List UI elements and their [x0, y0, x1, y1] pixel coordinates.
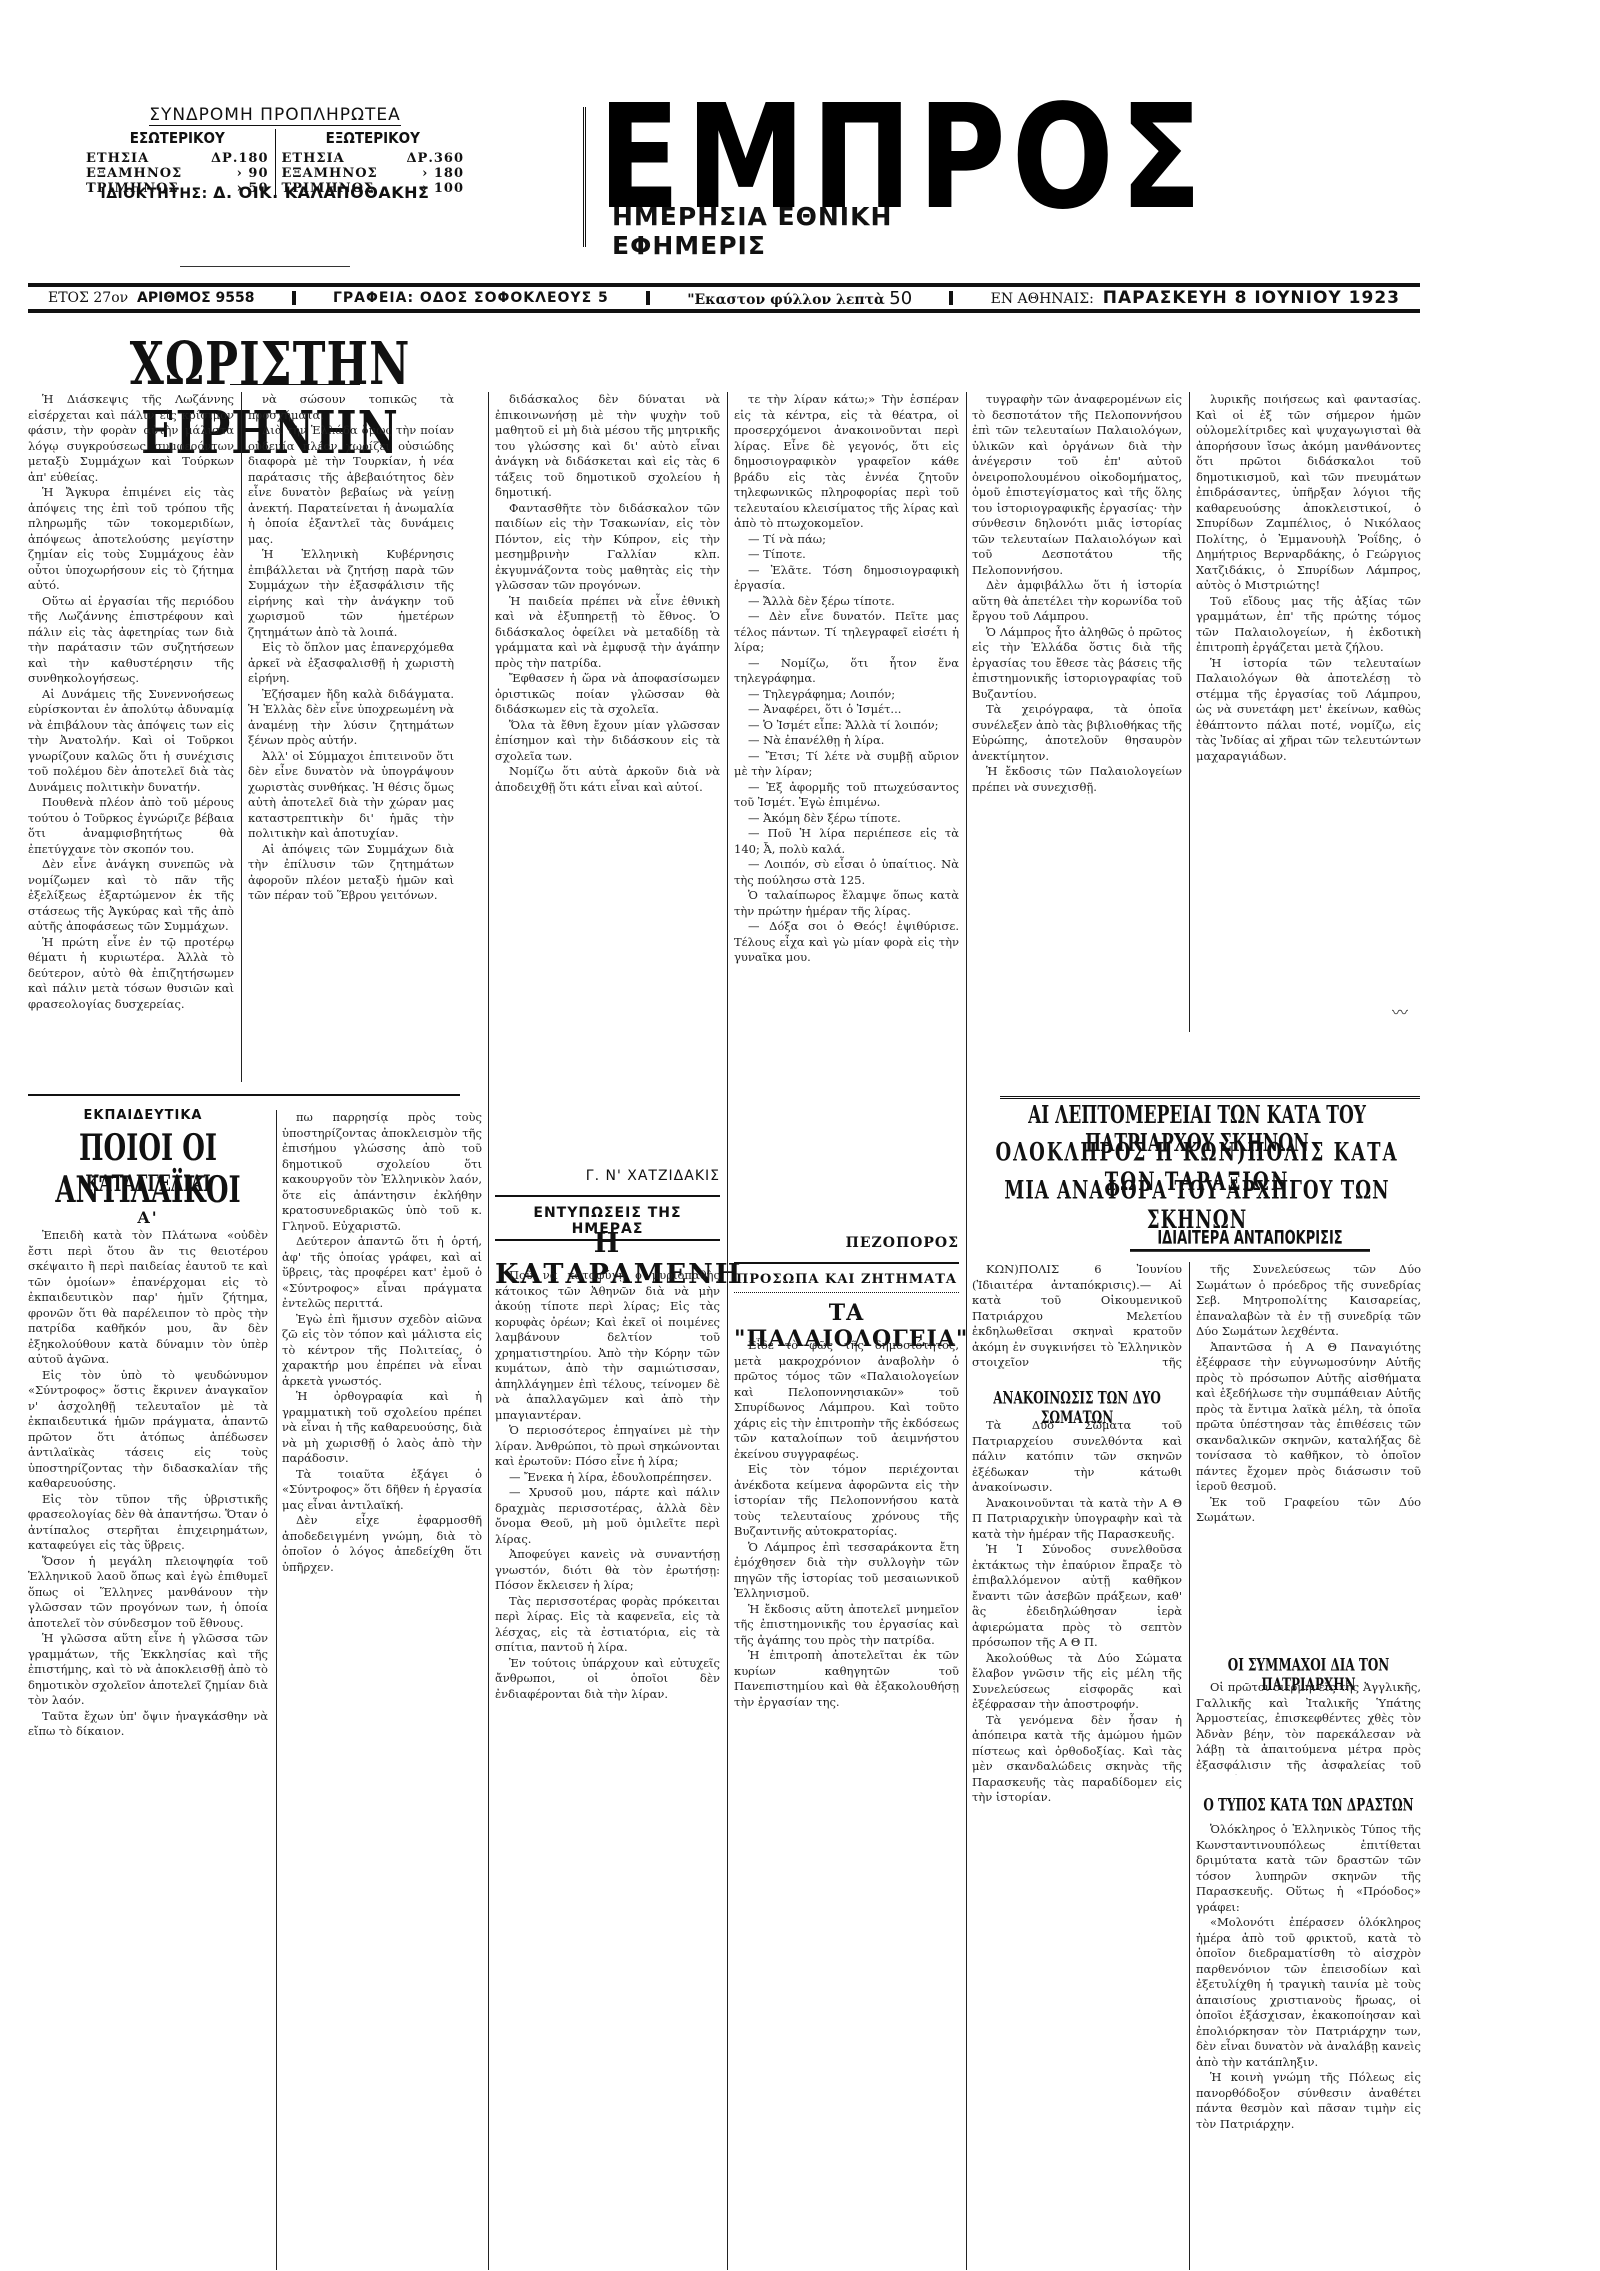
paragraph: — Ἀναφέρει, ὅτι ὁ Ἰσμέτ... — [734, 702, 959, 718]
patriarch-subhead: ΙΔΙΑΙΤΕΡΑ ΑΝΤΑΠΟΚΡΙΣΙΣ — [1130, 1228, 1370, 1252]
offices-address: ΓΡΑΦΕΙΑ: ΟΔΟΣ ΣΟΦΟΚΛΕΟΥΣ 5 — [333, 290, 609, 306]
paragraph: Ἀκολούθως τὰ Δύο Σώματα ἔλαβον γνῶσιν τῆ… — [972, 1651, 1182, 1713]
paragraph: Ἡ παιδεία πρέπει νὰ εἶνε ἐθνικὴ καὶ νὰ ἐ… — [495, 594, 720, 672]
paragraph: Ἡ ἔκδοσις τῶν Παλαιολογείων πρέπει νὰ συ… — [972, 764, 1182, 795]
cursed-column: Ποῦ νὰ καταφύγῃ ὁ μυριοπαθὴς κάτοικος τῶ… — [495, 1268, 720, 2268]
paragraph: λυρικῆς ποιήσεως καὶ φαντασίας. Καὶ οἱ ἐ… — [1196, 392, 1421, 594]
end-ornament: 〰 — [1380, 1000, 1420, 1023]
patriarch-headline-3: ΜΙΑ ΑΝΑΦΟΡΑ ΤΟΥ ΑΡΧΗΓΟΥ ΤΩΝ ΣΚΗΝΩΝ — [972, 1176, 1422, 1235]
paragraph: Ἡ ὀρθογραφία καὶ ἡ γραμματικὴ τοῦ σχολεί… — [282, 1389, 482, 1467]
paragraph: Ἐγὼ ἐπὶ ἥμισυν σχεδὸν αἰῶνα ζῶ εἰς τὸν τ… — [282, 1312, 482, 1390]
separator — [646, 291, 650, 305]
paragraph: Δὲν εἶνε ἀνάγκη συνεπῶς νὰ νομίζωμεν καὶ… — [28, 857, 234, 935]
paragraph: Ἀνακοινοῦνται τὰ κατὰ τὴν Α Θ Π Πατριαρχ… — [972, 1496, 1182, 1543]
paragraph: Ἔφθασεν ἡ ὥρα νὰ ἀποφασίσωμεν ὁριστικῶς … — [495, 671, 720, 718]
column-rule — [1189, 392, 1190, 1032]
column-rule — [966, 392, 967, 2270]
paragraph: — Ὁ Ἰσμέτ εἶπε: Ἄλλὰ τί λοιπόν; — [734, 718, 959, 734]
paragraph: Τὰς περισσοτέρας φορὰς πρόκειται περὶ λί… — [495, 1594, 720, 1656]
year-issue: ΕΤΟΣ 27ον ΑΡΙΘΜΟΣ 9558 — [48, 290, 255, 306]
paragraph: ΚΩΝ)ΠΟΛΙΣ 6 Ἰουνίου (Ἰδιαιτέρα ἀνταπόκρι… — [972, 1262, 1182, 1372]
paragraph: — Δὲν εἶνε δυνατόν. Πεῖτε μας τέλος πάντ… — [734, 609, 959, 656]
paragraph: Ἐζήσαμεν ἤδη καλὰ διδάγματα. Ἡ Ἑλλὰς δὲν… — [248, 687, 454, 749]
paragraph: τε τὴν λίραν κάτω;» Τὴν ἑσπέραν εἰς τὰ κ… — [734, 392, 959, 532]
owner-name: Δ. ΟΙΚ. ΚΑΛΑΠΟΘΑΚΗΣ — [213, 183, 429, 202]
paragraph: — Ἀκόμη δὲν ξέρω τίποτε. — [734, 811, 959, 827]
paragraph: — Τίποτε. — [734, 547, 959, 563]
section-rule — [1000, 1096, 1420, 1099]
paragraph: Τὰ Δύο Σώματα τοῦ Πατριαρχείου συνελθόντ… — [972, 1418, 1182, 1496]
paragraph: Ἐκ τοῦ Γραφείου τῶν Δύο Σωμάτων. — [1196, 1495, 1421, 1526]
paleologeia-column: Εἶδε τὸ φῶς τῆς δημοσιότητος, μετὰ μακρο… — [734, 1338, 959, 2268]
paragraph: Ἡ Ἱ Σύνοδος συνελθοῦσα ἐκτάκτως τὴν ἐπαύ… — [972, 1542, 1182, 1651]
owner-line: ΙΔΙΟΚΤΗΤΗΣ: Δ. ΟΙΚ. ΚΑΛΑΠΟΘΑΚΗΣ — [50, 183, 480, 202]
dateline-bar: ΕΤΟΣ 27ον ΑΡΙΘΜΟΣ 9558 ΓΡΑΦΕΙΑ: ΟΔΟΣ ΣΟΦ… — [28, 283, 1420, 313]
section-rule — [28, 1094, 460, 1096]
column-rule — [727, 392, 728, 2270]
allies-column: Οἱ πρῶτοι διερμηνεῖς τῆς Ἀγγλικῆς, Γαλλι… — [1196, 1680, 1421, 1775]
paragraph: Εἰς τὸν τῦπον τῆς ὑβριστικῆς φρασεολογία… — [28, 1492, 268, 1554]
subscription-title: ΣΥΝΔΡΟΜΗ ΠΡΟΠΛΗΡΩΤΕΑ — [80, 105, 470, 125]
paragraph: — Τί νὰ πάω; — [734, 532, 959, 548]
rate-row: ΕΤΗΣΙΑΔΡ.180 — [86, 151, 269, 166]
headline-rule — [230, 384, 360, 385]
paragraph: Τὰ τοιαῦτα ἐξάγει ὁ «Σύντροφος» ὅτι δῆθε… — [282, 1467, 482, 1514]
signature-pezoporos: ΠΕΖΟΠΟΡΟΣ — [734, 1235, 959, 1251]
paragraph: νὰ σώσουν τοπικῶς τὰ προσχήματα. — [248, 392, 454, 423]
newspaper-tagline: ΗΜΕΡΗΣΙΑ ΕΘΝΙΚΗ ΕΦΗΜΕΡΙΣ — [612, 202, 1032, 260]
paragraph: — Ἄλλὰ δὲν ξέρω τίποτε. — [734, 594, 959, 610]
lira-column: τε τὴν λίραν κάτω;» Τὴν ἑσπέραν εἰς τὰ κ… — [734, 392, 959, 1232]
rate-row: ΕΤΗΣΙΑΔΡ.360 — [282, 151, 465, 166]
date-line: ΕΝ ΑΘΗΝΑΙΣ: ΠΑΡΑΣΚΕΥΗ 8 ΙΟΥΝΙΟΥ 1923 — [991, 288, 1400, 308]
paragraph: Ὁ Λάμπρος ἐπὶ τεσσαράκοντα ἔτη ἐμόχθησεν… — [734, 1540, 959, 1602]
patriarch-column-2: τῆς Συνελεύσεως τῶν Δύο Σωμάτων ὁ πρόεδρ… — [1196, 1262, 1421, 1642]
paragraph: Αἱ Δυνάμεις τῆς Συνεννοήσεως εὑρίσκονται… — [28, 687, 234, 796]
paragraph: τυγραφὴν τῶν ἀναφερομένων εἰς τὸ δεσποτά… — [972, 392, 1182, 578]
paragraph: διδάσκαλος δὲν δύναται νὰ ἐπικοινωνήσῃ μ… — [495, 392, 720, 501]
paragraph: Εἰς τὸν ὑπὸ τὸ ψευδώνυμον «Σύντροφος» ὅσ… — [28, 1368, 268, 1492]
paragraph: — Ἔτσι; Τί λέτε νὰ συμβῇ αὔριον μὲ τὴν λ… — [734, 749, 959, 780]
paragraph: Ἡ Ἄγκυρα ἐπιμένει εἰς τὰς ἀπόψεις της ἐπ… — [28, 485, 234, 594]
school-column: διδάσκαλος δὲν δύναται νὰ ἐπικοινωνήσῃ μ… — [495, 392, 720, 1162]
paragraph: πω παρρησίᾳ πρὸς τοὺς ὑποστηρίζοντας ἀπο… — [282, 1110, 482, 1234]
paragraph: Τὰ γενόμενα δὲν ἦσαν ἡ ἀπόπειρα κατὰ τῆς… — [972, 1713, 1182, 1806]
masthead-rule — [583, 107, 590, 247]
peace-column-1: Ἡ Διάσκεψις τῆς Λωζάννης εἰσέρχεται καὶ … — [28, 392, 234, 1082]
paragraph: Πουθενὰ πλέον ἀπὸ τοῦ μέρους τούτου ὁ Το… — [28, 795, 234, 857]
paragraph: — Ποῦ Ἡ λίρα περιέπεσε εἰς τὰ 140; Ἆ, πο… — [734, 826, 959, 857]
paragraph: — Ἔνεκα ἡ λίρα, ἐδουλοπρέπησεν. — [495, 1470, 720, 1486]
paragraph: — Λοιπόν, σὺ εἶσαι ὁ ὑπαίτιος. Νὰ τὴς πο… — [734, 857, 959, 888]
paragraph: Αἱ ἀπόψεις τῶν Συμμάχων διὰ τὴν ἐπίλυσιν… — [248, 842, 454, 904]
foreign-heading: ΕΞΩΤΕΡΙΚΟΥ — [282, 129, 465, 147]
paragraph: Ὁλόκληρος ὁ Ἑλληνικὸς Τύπος τῆς Κωνσταντ… — [1196, 1822, 1421, 1915]
paragraph: Δὲν εἶχε ἐφαρμοσθῆ ἀποδεδειγμένη γνώμη, … — [282, 1513, 482, 1575]
paragraph: Οὕτω αἱ ἐργασίαι τῆς περιόδου τῆς Λωζάνν… — [28, 594, 234, 687]
education-kicker: ΕΚΠΑΙΔΕΥΤΙΚΑ — [28, 1108, 258, 1123]
paragraph: Ὅλα τὰ ἔθνη ἔχουν μίαν γλῶσσαν ἐπίσημον … — [495, 718, 720, 765]
separator — [292, 291, 296, 305]
paragraph: Τοῦ εἴδους μας τῆς ἀξίας τῶν γραμμάτων, … — [1196, 594, 1421, 656]
paragraph: — Νομίζω, ὅτι ἦτον ἕνα τηλεγράφημα. — [734, 656, 959, 687]
paragraph: Ὁ Λάμπρος ἦτο ἀληθῶς ὁ πρῶτος εἰς τὴν Ἑλ… — [972, 625, 1182, 703]
paragraph: «Μολονότι ἐπέρασεν ὁλόκληρος ἡμέρα ἀπὸ τ… — [1196, 1915, 1421, 2070]
newspaper-title: ΕΜΠΡΟΣ — [598, 105, 1018, 213]
education-column-1: Ἐπειδὴ κατὰ τὸν Πλάτωνα «οὐδὲν ἔστι περὶ… — [28, 1228, 268, 2268]
paleologeia-kicker: ΠΡΟΣΩΠΑ ΚΑΙ ΖΗΤΗΜΑΤΑ — [734, 1272, 959, 1287]
education-column-2: πω παρρησίᾳ πρὸς τοὺς ὑποστηρίζοντας ἀπο… — [282, 1110, 482, 2270]
paragraph: — Ἐλᾶτε. Τόση δημοσιογραφικὴ ἐργασία. — [734, 563, 959, 594]
patriarch-column-1b: Τὰ Δύο Σώματα τοῦ Πατριαρχείου συνελθόντ… — [972, 1418, 1182, 2268]
column-rule — [276, 1110, 277, 2270]
paragraph: Ἀλλ' οἱ Σύμμαχοι ἐπιτεινοῦν ὅτι δὲν εἶνε… — [248, 749, 454, 842]
paragraph: Εἰς τὸν τόμον περιέχονται ἀνέκδοτα κείμε… — [734, 1462, 959, 1540]
paragraph: — Νὰ ἐπανέλθῃ ἡ λίρα. — [734, 733, 959, 749]
paragraph: τῆς Συνελεύσεως τῶν Δύο Σωμάτων ὁ πρόεδρ… — [1196, 1262, 1421, 1340]
column-rule — [1189, 1262, 1190, 2270]
paragraph: Δὲν ἀμφιβάλλω ὅτι ἡ ἱστορία αὕτη θὰ ἀπετ… — [972, 578, 1182, 625]
separator — [949, 291, 953, 305]
paragraph: Τὰ χειρόγραφα, τὰ ὁποῖα συνέλεξεν ἀπὸ τὰ… — [972, 702, 1182, 764]
paragraph: Ἡ ἱστορία τῶν τελευταίων Παλαιολόγων θὰ … — [1196, 656, 1421, 765]
paragraph: Οἱ πρῶτοι διερμηνεῖς τῆς Ἀγγλικῆς, Γαλλι… — [1196, 1680, 1421, 1775]
lambros-column-2: λυρικῆς ποιήσεως καὶ φαντασίας. Καὶ οἱ ἐ… — [1196, 392, 1421, 992]
paragraph: — Δόξα σοι ὁ Θεός! ἐψιθύρισε. Τέλους εἶχ… — [734, 919, 959, 966]
rate-row: ΕΞΑΜΗΝΟΣ› 180 — [282, 166, 465, 181]
paragraph: Ἡ κοινὴ γνώμη τῆς Πόλεως εἰς πανορθόδοξο… — [1196, 2070, 1421, 2132]
press-column: Ὁλόκληρος ὁ Ἑλληνικὸς Τύπος τῆς Κωνσταντ… — [1196, 1822, 1421, 2268]
paragraph: Ἐν τούτοις ὑπάρχουν καὶ εὐτυχεῖς ἄνθρωπο… — [495, 1656, 720, 1703]
paragraph: Ποῦ νὰ καταφύγῃ ὁ μυριοπαθὴς κάτοικος τῶ… — [495, 1268, 720, 1423]
ornament-divider — [180, 266, 350, 267]
section-rule — [734, 1262, 959, 1264]
paragraph: Νομίζω ὅτι αὐτὰ ἀρκοῦν διὰ νὰ ἀποδειχθῇ … — [495, 764, 720, 795]
paragraph: Ἀποφεύγει κανεὶς νὰ συναντήσῃ γνωστόν, δ… — [495, 1547, 720, 1594]
price: "Εκαστον φύλλον λεπτὰ 50 — [687, 288, 912, 309]
section-mark: Α' — [28, 1208, 268, 1227]
paragraph: Ὁ περιοσότερος ἐπηγαίνει μὲ τὴν λίραν. Ἀ… — [495, 1423, 720, 1470]
paragraph: — Χρυσοῦ μου, πάρτε καὶ πάλιν δραχμὰς πε… — [495, 1485, 720, 1547]
paragraph: Ἡ ἐπιτροπὴ ἀποτελεῖται ἐκ τῶν κυρίων καθ… — [734, 1648, 959, 1710]
paragraph: Ταῦτα ἔχων ὑπ' ὄψιν ἠναγκάσθην νὰ εἴπω τ… — [28, 1709, 268, 1740]
paragraph: Ἀπαντῶσα ἡ Α Θ Παναγιότης ἐξέφρασε τὴν ε… — [1196, 1340, 1421, 1495]
paragraph: — Τηλεγράφημα; Λοιπόν; — [734, 687, 959, 703]
paragraph: Ὅσον ἡ μεγάλη πλειοψηφία τοῦ Ἑλληνικοῦ λ… — [28, 1554, 268, 1632]
paragraph: Δεύτερον ἀπαντῶ ὅτι ἡ ὁρτή, ἀφ' τῆς ὁποί… — [282, 1234, 482, 1312]
press-subhead: Ο ΤΥΠΟΣ ΚΑΤΑ ΤΩΝ ΔΡΑΣΤΩΝ — [1196, 1795, 1421, 1815]
column-rule — [488, 392, 489, 2270]
paragraph: Ἐπειδὴ κατὰ τὸν Πλάτωνα «οὐδὲν ἔστι περὶ… — [28, 1228, 268, 1368]
wavy-rule — [734, 1292, 959, 1293]
paragraph: Εἶδε τὸ φῶς τῆς δημοσιότητος, μετὰ μακρο… — [734, 1338, 959, 1462]
lambros-column-1: τυγραφὴν τῶν ἀναφερομένων εἰς τὸ δεσποτά… — [972, 392, 1182, 1032]
paragraph: Φαντασθῆτε τὸν διδάσκαλον τῶν παιδίων εἰ… — [495, 501, 720, 594]
paragraph: Διὰ τὴν Ἑλλάδα ὅμως τὴν ποίαν οὐδεμία πλ… — [248, 423, 454, 547]
paragraph: Ἡ ἔκδοσις αὕτη ἀποτελεῖ μνημεῖον τῆς ἐπι… — [734, 1602, 959, 1649]
paragraph: Ἡ γλῶσσα αὕτη εἶνε ἡ γλῶσσα τῶν γραμμάτω… — [28, 1631, 268, 1709]
peace-column-2: νὰ σώσουν τοπικῶς τὰ προσχήματα.Διὰ τὴν … — [248, 392, 454, 1082]
paragraph: Εἰς τὸ ὅπλον μας ἐπανερχόμεθα ἀρκεῖ νὰ ἐ… — [248, 640, 454, 687]
paragraph: Ὁ ταλαίπωρος ἔλαμψε ὅπως κατὰ τὴν πρώτην… — [734, 888, 959, 919]
rate-row: ΕΞΑΜΗΝΟΣ› 90 — [86, 166, 269, 181]
paragraph: Ἡ Ἑλληνικὴ Κυβέρνησις ἐπιβάλλεται νὰ ζητ… — [248, 547, 454, 640]
education-subhead: ΚΑΤΑΓΓΕΛΙΑΙ — [28, 1170, 268, 1197]
signature-hatzidakis: Γ. Ν' ΧΑΤΖΙΔΑΚΙΣ — [495, 1168, 720, 1184]
column-rule — [241, 392, 242, 1082]
paragraph: — Ἐξ ἀφορμῆς τοῦ πτωχεύσαντος τοῦ Ἰσμέτ.… — [734, 780, 959, 811]
section-rule — [495, 1195, 720, 1197]
paragraph: Ἡ πρώτη εἶνε ἐν τῷ προτέρῳ θέματι ἡ κυρι… — [28, 935, 234, 1013]
paragraph: Ἡ Διάσκεψις τῆς Λωζάννης εἰσέρχεται καὶ … — [28, 392, 234, 485]
domestic-heading: ΕΣΩΤΕΡΙΚΟΥ — [86, 129, 269, 147]
patriarch-column-1: ΚΩΝ)ΠΟΛΙΣ 6 Ἰουνίου (Ἰδιαιτέρα ἀνταπόκρι… — [972, 1262, 1182, 1372]
